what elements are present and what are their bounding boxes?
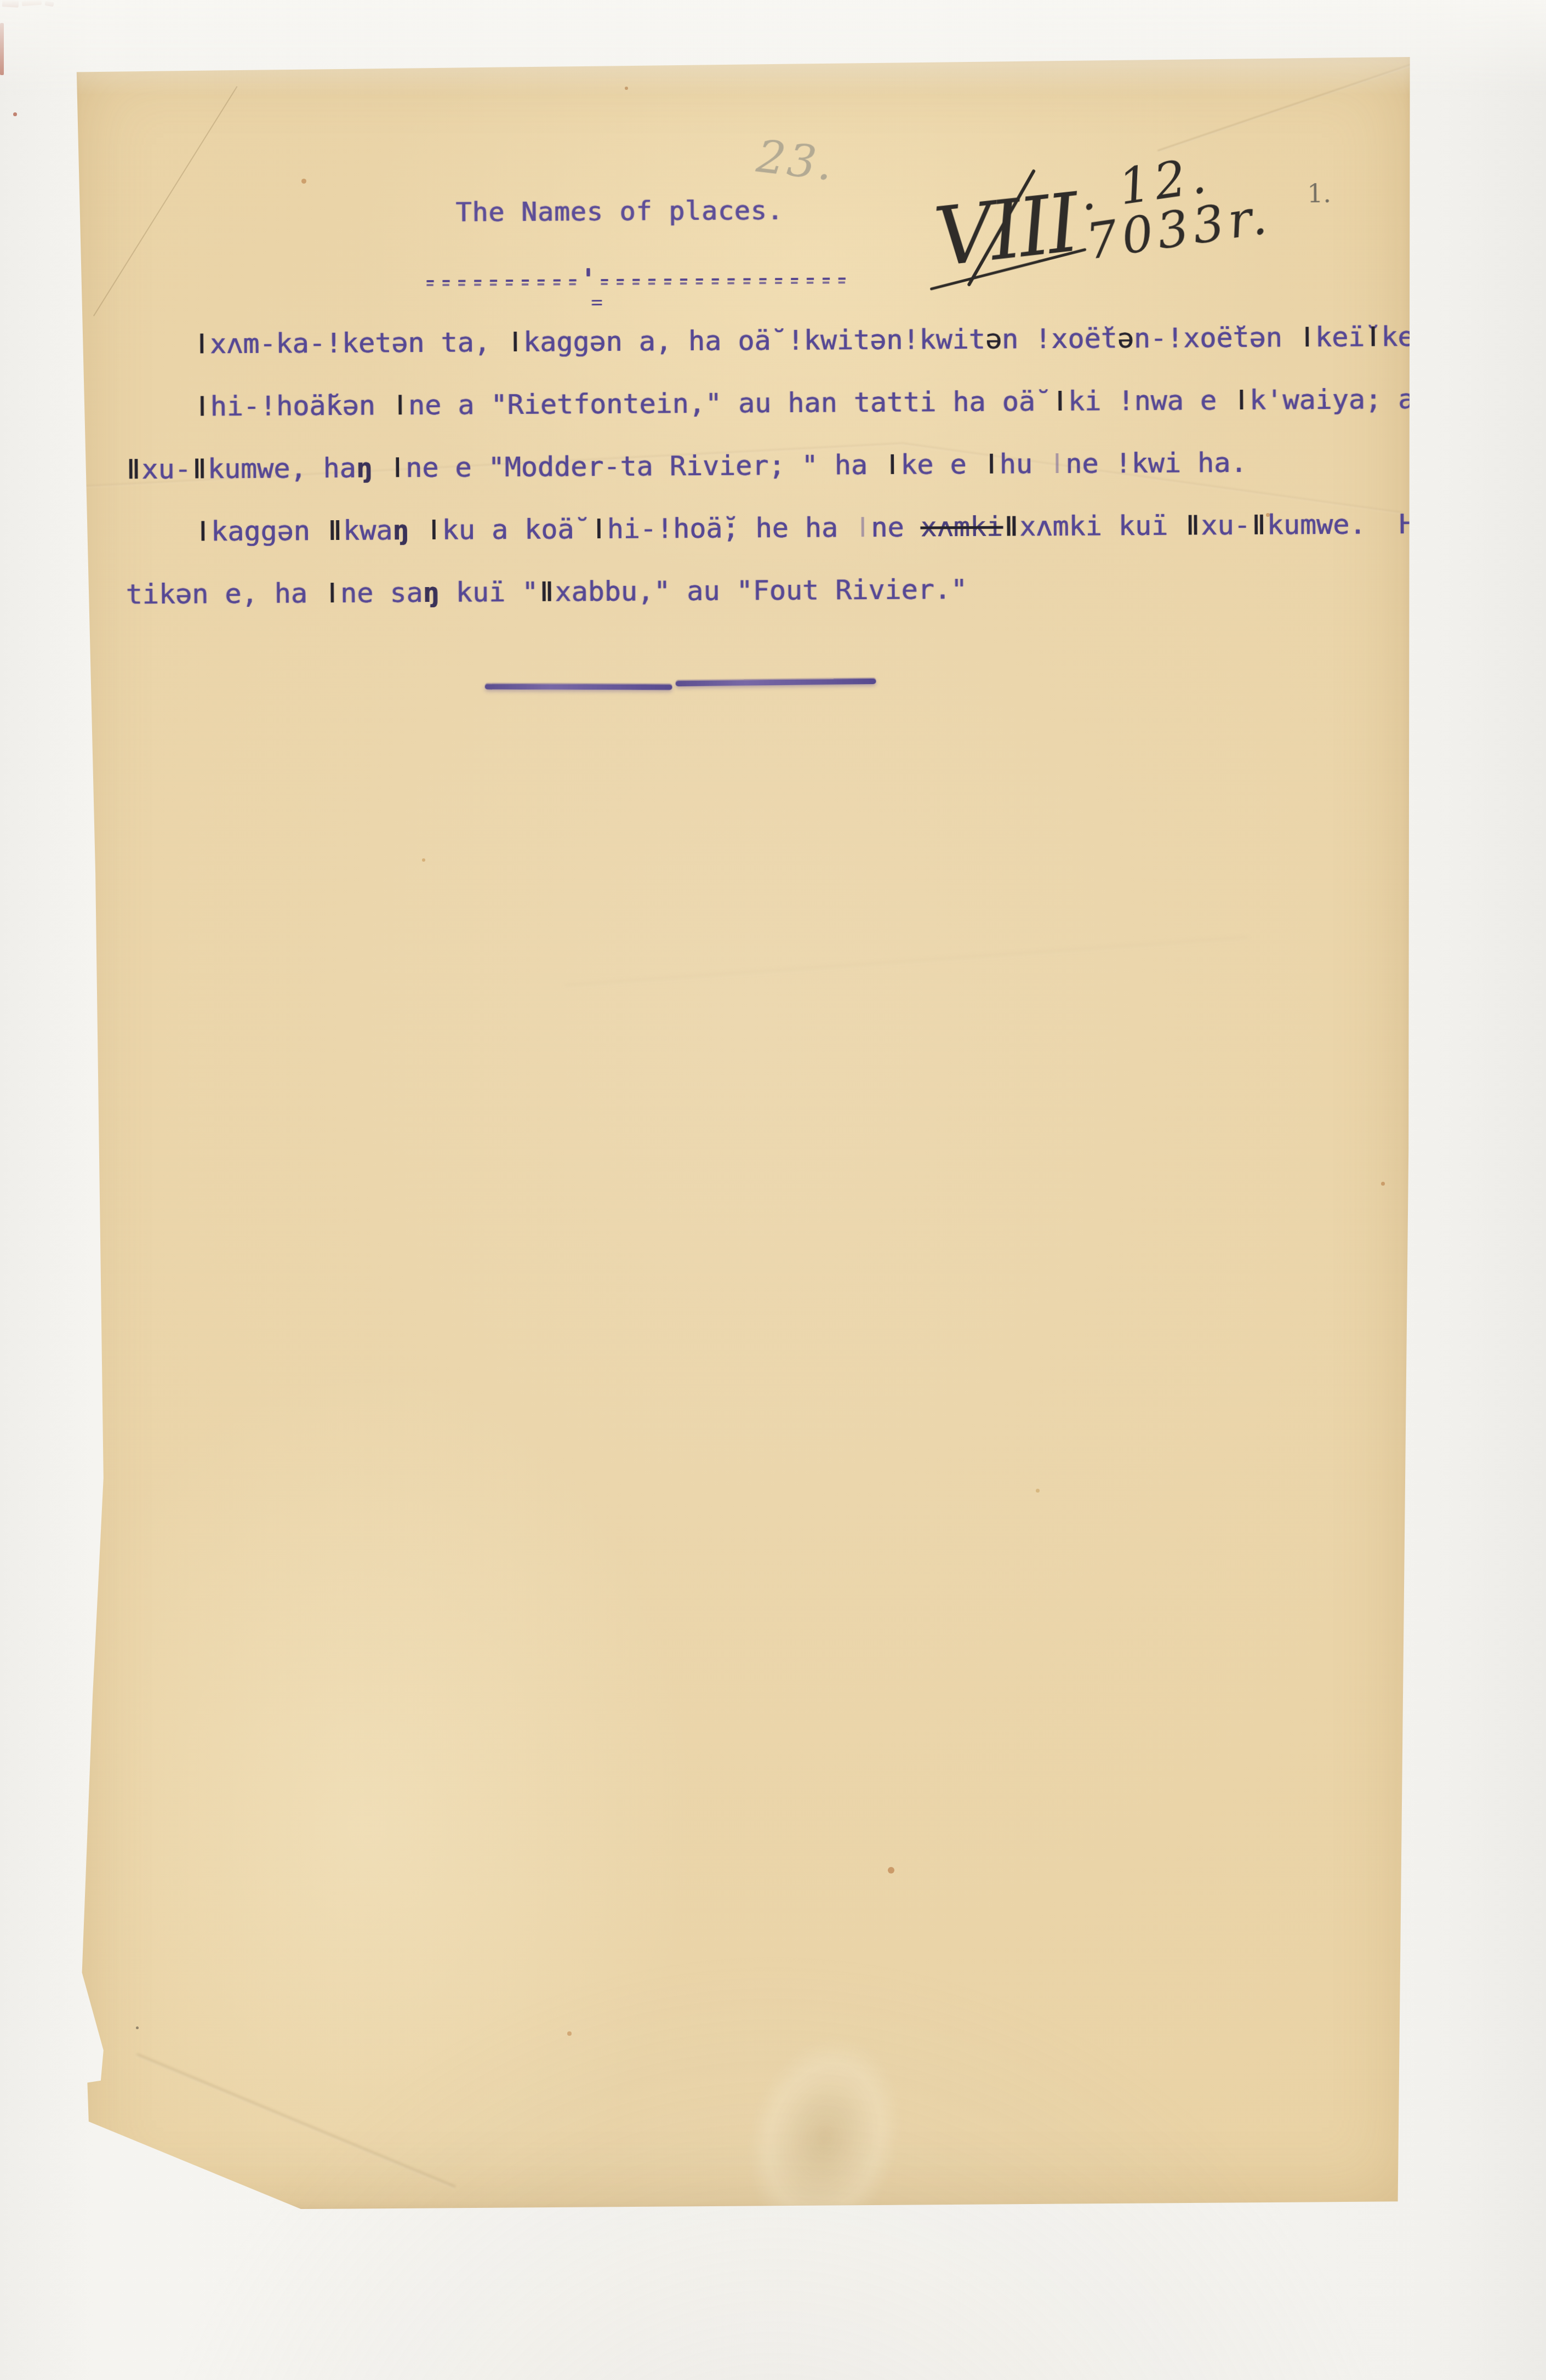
typed-text-segment: hi-!hoä̆kən [210, 389, 391, 422]
typed-text-segment: ǀ [983, 448, 999, 480]
typed-text-segment: ǀ [590, 513, 607, 545]
typed-text-segment: ne [871, 511, 921, 544]
typed-text-segment [373, 452, 389, 483]
typed-text-segment: ǀ [884, 449, 900, 481]
typed-text-segment: ǀ [195, 515, 211, 547]
typed-text-segment: ne a "Rietfontein," au han tatti ha oä̆ [408, 385, 1052, 421]
typed-text-segment: ǀ [854, 511, 871, 543]
typed-text-segment: ǀ [193, 328, 210, 360]
typed-text-segment: kumwe. He [1267, 508, 1431, 541]
paper-stain [301, 179, 306, 184]
typed-text-segment: kaggən [211, 515, 327, 547]
page-number: 1. [1307, 179, 1331, 208]
typed-text-segment: ǀ [507, 326, 523, 358]
typed-text-segment: ǀ [392, 389, 408, 421]
fold-crease [82, 442, 904, 488]
tape-remnant [13, 112, 17, 116]
typed-text-segment: ə [985, 323, 1002, 355]
typed-text-segment: keï̆ [1315, 321, 1365, 354]
typed-text-segment: ŋ [356, 452, 373, 484]
typed-text-segment: ki !nwa e [1068, 384, 1233, 417]
paper-stain [888, 1867, 894, 1874]
typed-text-segment: hi-!hoä̆; he ha [607, 511, 854, 545]
typed-text-segment: xabbu," au "Fout Rivier." [555, 573, 967, 608]
typed-text-segment: keï̆. [1381, 321, 1447, 353]
title-divider: ----------'---------------- [422, 261, 850, 295]
handwritten-reference: VIII . 12. 7033r. [928, 119, 1418, 278]
typed-text-segment: ǁ [125, 453, 141, 485]
typed-text-segment: ǁ [538, 576, 555, 608]
reference-crossed-numeral: VIII [931, 182, 1080, 278]
typed-text-segment: xu- [141, 453, 191, 486]
typed-text-segment: ǀ [1233, 384, 1250, 416]
typed-text-segment: xu- [1201, 509, 1251, 542]
struck-out-word: xʌmki [920, 511, 1003, 543]
divider-left-dashes: ---------- [422, 263, 580, 295]
typed-text-segment: n !xoë̆t [1002, 322, 1117, 355]
typed-text-segment: xʌmki kuï [1019, 510, 1184, 543]
typed-text-segment: ŋ [392, 514, 409, 546]
typed-text-segment: ǀ [1299, 321, 1315, 353]
reference-number: . 12. 7033r. [1076, 122, 1419, 267]
tape-remnant [44, 1, 54, 7]
typed-line: tikən e, ha ǀne saŋ kuï "ǁxabbu," au "Fo… [125, 555, 1485, 625]
typed-line: ǀxʌm-ka-!ketən ta, ǀkaggən a, ha oä̆ !kw… [124, 305, 1484, 375]
typed-text-segment: ə [1117, 322, 1133, 354]
typed-text-segment: ǀ [1365, 321, 1381, 352]
typed-text-segment: ǀ [425, 514, 442, 546]
typed-text-segment: ǀ [1049, 448, 1065, 480]
typed-text-segment: kumwe, ha [208, 452, 356, 485]
page-content: 23. The Names of places. VIII . 12. 7033… [70, 48, 1426, 2216]
typed-text-segment: hu [1000, 448, 1049, 480]
typed-body: ǀxʌm-ka-!ketən ta, ǀkaggən a, ha oä̆ !kw… [124, 305, 1485, 625]
document-title: The Names of places. [455, 195, 783, 228]
typed-text-segment [409, 514, 425, 546]
typed-text-segment: kuï " [439, 576, 538, 608]
typed-text-segment: ke e [900, 448, 983, 481]
fold-crease [564, 937, 1248, 987]
typed-text-segment: ǀ [324, 577, 340, 609]
paper-wrinkle [695, 1982, 953, 2296]
tape-remnant [2, 0, 19, 8]
typed-text-segment: ǁ [1003, 510, 1019, 542]
divider-under-mark: = [591, 292, 602, 314]
typed-text-segment: ǁ [1184, 509, 1201, 541]
closing-rule-left [485, 684, 672, 690]
typed-line: ǁxu-ǁkumwe, haŋ ǀne e "Modder-ta Rivier;… [125, 430, 1485, 500]
typed-line: ǀkaggən ǁkwaŋ ǀku a koä̆ ǀhi-!hoä̆; he h… [125, 492, 1485, 563]
typed-text-segment: xʌm-ka-!ketən ta, [210, 326, 507, 360]
paper-stain [136, 2026, 139, 2029]
typed-text-segment: ǁ [1250, 509, 1267, 541]
typed-text-segment: ne !kwi ha. [1065, 447, 1247, 480]
tape-remnant [22, 0, 42, 6]
pencil-page-number: 23. [754, 130, 837, 191]
typed-line: ǀhi-!hoä̆kən ǀne a "Rietfontein," au han… [124, 367, 1484, 438]
divider-apostrophe-mark: ' [580, 263, 596, 294]
typed-text-segment: tikən e, ha [125, 577, 324, 610]
typed-text-segment: kaggən a, ha oä̆ !kwitən!kwit [523, 323, 985, 358]
fold-crease [904, 443, 1404, 514]
paper-stain [1036, 1489, 1040, 1493]
scanner-background: 23. The Names of places. VIII . 12. 7033… [0, 0, 1546, 2380]
typed-text-segment: ǀ [193, 390, 210, 422]
typed-text-segment: ǀ [389, 452, 406, 483]
typed-text-segment: kwa [343, 514, 393, 546]
typed-text-segment: ne sa [340, 577, 423, 609]
paper-stain [625, 87, 628, 90]
typed-text-segment: ǁ [191, 453, 207, 485]
typed-text-segment: ku a koä̆ [442, 513, 590, 546]
divider-right-dashes: ---------------- [596, 261, 850, 294]
paper-stain [422, 858, 425, 862]
document-page: 23. The Names of places. VIII . 12. 7033… [71, 53, 1414, 2212]
tape-remnant [0, 23, 4, 75]
fold-crease [93, 86, 237, 316]
typed-text-segment: ŋ [423, 577, 439, 608]
typed-text-segment: ǁ [327, 515, 343, 546]
typed-text-segment: ǀ [1052, 385, 1068, 417]
paper-stain [1381, 1182, 1385, 1186]
typed-text-segment: k'waiya; au [1250, 383, 1431, 416]
paper-stain [567, 2031, 572, 2036]
typed-text-segment: ne e "Modder-ta Rivier; " ha [406, 449, 884, 483]
fold-crease [136, 2053, 456, 2189]
typed-text-segment: n-!xoë̆tən [1134, 321, 1299, 354]
paper-stain [1266, 513, 1270, 517]
closing-rule-right [676, 679, 876, 686]
fold-crease [1157, 58, 1430, 152]
